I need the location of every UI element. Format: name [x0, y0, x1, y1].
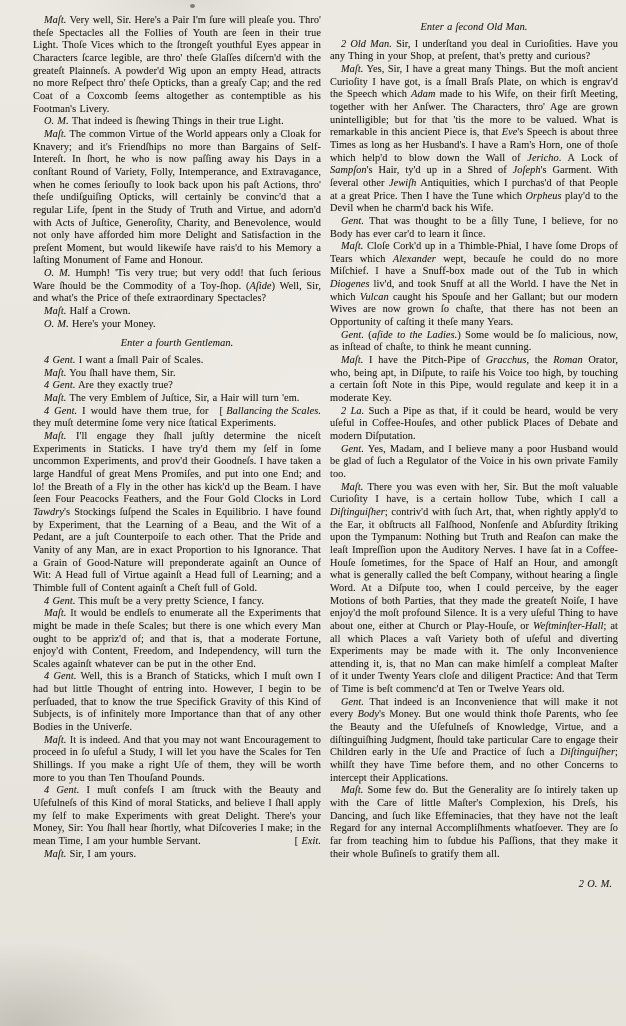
- speech-paragraph: Maſt. It is indeed. And that you may not…: [33, 735, 321, 786]
- italic-text: Diogenes: [330, 279, 370, 290]
- italic-text: 4 Gent.: [44, 596, 75, 607]
- text-run: 's Stockings ſuſpend the Scales in Equil…: [33, 507, 321, 594]
- italic-text: Maſt.: [44, 608, 66, 619]
- speech-paragraph: Maſt. Half a Crown.: [33, 306, 321, 319]
- italic-text: Diſtinguiſher: [330, 507, 385, 518]
- italic-text: Jewiſh: [389, 178, 416, 189]
- italic-text: Weſtminſter-Hall: [533, 621, 603, 632]
- italic-text: Maſt.: [44, 431, 66, 442]
- italic-text: Maſt.: [341, 482, 363, 493]
- text-run: Sir, I am yours.: [66, 849, 136, 860]
- italic-text: 4 Gent.: [44, 355, 75, 366]
- text-run: , the: [526, 355, 553, 366]
- speech-paragraph: O. M. Here's your Money.: [33, 319, 321, 332]
- italic-text: 4 Gent.: [44, 406, 77, 417]
- italic-text: Maſt.: [341, 785, 363, 796]
- speech-paragraph: 4 Gent. I want a ſmall Pair of Scales.: [33, 355, 321, 368]
- speech-paragraph: Maſt. Sir, I am yours.: [33, 849, 321, 862]
- text-run: That was thought to be a ſilly Tune, I b…: [330, 216, 618, 240]
- italic-text: Joſeph: [513, 165, 541, 176]
- italic-text: Tawdry: [33, 507, 64, 518]
- inline-stage-direction: [ Exit.: [284, 836, 321, 849]
- speech-paragraph: Gent. That indeed is an Inconvenience th…: [330, 697, 618, 786]
- italic-text: Enter a ſecond Old Man.: [421, 22, 528, 33]
- speech-paragraph: Maſt. There you was even with her, Sir. …: [330, 482, 618, 697]
- italic-text: O. M.: [44, 268, 70, 279]
- italic-text: Orpheus: [526, 191, 562, 202]
- text-run: Are they exactly true?: [75, 380, 172, 391]
- speech-paragraph: Maſt. The common Virtue of the World app…: [33, 129, 321, 268]
- speech-paragraph: 4 Gent. This muſt be a very pretty Scien…: [33, 596, 321, 609]
- italic-text: Jericho: [527, 153, 558, 164]
- text-run: . A Lock of: [559, 153, 618, 164]
- speech-paragraph: 4 Gent. Are they exactly true?: [33, 380, 321, 393]
- italic-text: Ballancing the Scales.: [226, 406, 321, 417]
- speech-paragraph: 2 La. Such a Pipe as that, if it could b…: [330, 406, 618, 444]
- speech-paragraph: 4 Gent. I muſt confeſs I am ſtruck with …: [33, 785, 321, 848]
- speech-paragraph: O. M. Humph! 'Tis very true; but very od…: [33, 268, 321, 306]
- italic-text: Maſt.: [44, 735, 66, 746]
- italic-text: Sampſon: [330, 165, 367, 176]
- text-run: Half a Crown.: [66, 306, 130, 317]
- text-run: 's Hair, ty'd up in a Shred of: [367, 165, 513, 176]
- italic-text: Gent.: [341, 444, 364, 455]
- italic-text: 2 La.: [341, 406, 364, 417]
- catchword: 2 O. M.: [330, 879, 618, 892]
- italic-text: aſide to the Ladies.: [372, 330, 458, 341]
- italic-text: Gent.: [341, 697, 364, 708]
- text-run: I want a ſmall Pair of Scales.: [75, 355, 203, 366]
- speech-paragraph: Gent. (aſide to the Ladies.) Some would …: [330, 330, 618, 355]
- speech-paragraph: Maſt. Cloſe Cork'd up in a Thimble-Phial…: [330, 241, 618, 330]
- italic-text: Maſt.: [341, 241, 363, 252]
- italic-text: Exit.: [301, 836, 321, 847]
- italic-text: Body: [358, 709, 379, 720]
- text-run: Such a Pipe as that, if it could be hear…: [330, 406, 618, 442]
- text-run: It is indeed. And that you may not want …: [33, 735, 321, 784]
- inline-stage-direction: [ Ballancing the Scales.: [208, 406, 321, 419]
- text-run: The common Virtue of the World appears o…: [33, 129, 321, 267]
- italic-text: Maſt.: [44, 15, 66, 26]
- text-run: It would be endleſs to enumerate all the…: [33, 608, 321, 670]
- text-run: Here's your Money.: [69, 319, 156, 330]
- italic-text: Gent.: [341, 216, 364, 227]
- text-block: Maſt. Very well, Sir. Here's a Pair I'm …: [0, 0, 626, 1026]
- text-run: (: [364, 330, 372, 341]
- speech-paragraph: Maſt. The very Emblem of Juſtice, Sir, a…: [33, 393, 321, 406]
- italic-text: Maſt.: [44, 849, 66, 860]
- italic-text: Aſide: [249, 281, 271, 292]
- text-run: Well, this is a Branch of Staticks, whic…: [33, 671, 321, 733]
- speech-paragraph: 4 Gent. Well, this is a Branch of Static…: [33, 671, 321, 734]
- italic-text: Maſt.: [341, 64, 363, 75]
- italic-text: Eve: [502, 127, 518, 138]
- speech-paragraph: Maſt. It would be endleſs to enumerate a…: [33, 608, 321, 671]
- speech-paragraph: Maſt. You ſhall have them, Sir.: [33, 368, 321, 381]
- text-run: Some few do. But the Generality are ſo i…: [330, 785, 618, 859]
- text-run: That indeed is ſhewing Things in their t…: [69, 116, 284, 127]
- italic-text: Gent.: [341, 330, 364, 341]
- speech-paragraph: O. M. That indeed is ſhewing Things in t…: [33, 116, 321, 129]
- italic-text: 2 Old Man.: [341, 39, 392, 50]
- speech-paragraph: Maſt. Very well, Sir. Here's a Pair I'm …: [33, 15, 321, 116]
- speech-paragraph: Gent. That was thought to be a ſilly Tun…: [330, 216, 618, 241]
- italic-text: Roman: [553, 355, 583, 366]
- stage-direction: Enter a ſecond Old Man.: [330, 22, 618, 35]
- page: Maſt. Very well, Sir. Here's a Pair I'm …: [0, 0, 626, 1026]
- text-run: The very Emblem of Juſtice, Sir, a Hair …: [66, 393, 299, 404]
- italic-text: Vulcan: [360, 292, 389, 303]
- italic-text: Maſt.: [44, 368, 66, 379]
- speech-paragraph: Maſt. I'll engage they ſhall juſtly dete…: [33, 431, 321, 596]
- italic-text: O. M.: [44, 319, 69, 330]
- italic-text: 2 O. M.: [579, 879, 612, 890]
- speech-paragraph: Gent. Yes, Madam, and I believe many a p…: [330, 444, 618, 482]
- italic-text: Maſt.: [44, 306, 66, 317]
- text-run: There you was even with her, Sir. But th…: [330, 482, 618, 506]
- text-run: I have the Pitch-Pipe of: [363, 355, 485, 366]
- italic-text: Alexander: [393, 254, 436, 265]
- speech-paragraph: 2 Old Man. Sir, I underſtand you deal in…: [330, 39, 618, 64]
- text-run: This muſt be a very pretty Science, I fa…: [75, 596, 264, 607]
- italic-text: 4 Gent.: [44, 785, 79, 796]
- italic-text: Adam: [411, 89, 435, 100]
- italic-text: 4 Gent.: [44, 380, 75, 391]
- text-column-left: Maſt. Very well, Sir. Here's a Pair I'm …: [33, 15, 321, 1026]
- italic-text: Diſtinguiſher: [560, 747, 615, 758]
- italic-text: Gracchus: [486, 355, 527, 366]
- italic-text: Enter a fourth Gentleman.: [121, 338, 233, 349]
- stage-direction: Enter a fourth Gentleman.: [33, 338, 321, 351]
- speech-paragraph: Maſt. Yes, Sir, I have a great many Thin…: [330, 64, 618, 216]
- text-run: You ſhall have them, Sir.: [66, 368, 175, 379]
- italic-text: O. M.: [44, 116, 69, 127]
- italic-text: 4 Gent.: [44, 671, 76, 682]
- italic-text: Maſt.: [44, 393, 66, 404]
- italic-text: Maſt.: [44, 129, 66, 140]
- text-run: Yes, Madam, and I believe many a poor Hu…: [330, 444, 618, 480]
- speech-paragraph: Maſt. Some few do. But the Generality ar…: [330, 785, 618, 861]
- text-column-right: Enter a ſecond Old Man.2 Old Man. Sir, I…: [330, 15, 618, 1026]
- text-run: I'll engage they ſhall juſtly determine …: [33, 431, 321, 505]
- text-run: Very well, Sir. Here's a Pair I'm ſure w…: [33, 15, 321, 115]
- italic-text: Maſt.: [341, 355, 363, 366]
- speech-paragraph: Maſt. I have the Pitch-Pipe of Gracchus,…: [330, 355, 618, 406]
- text-run: ; contriv'd with ſuch Art, that, when ri…: [330, 507, 618, 632]
